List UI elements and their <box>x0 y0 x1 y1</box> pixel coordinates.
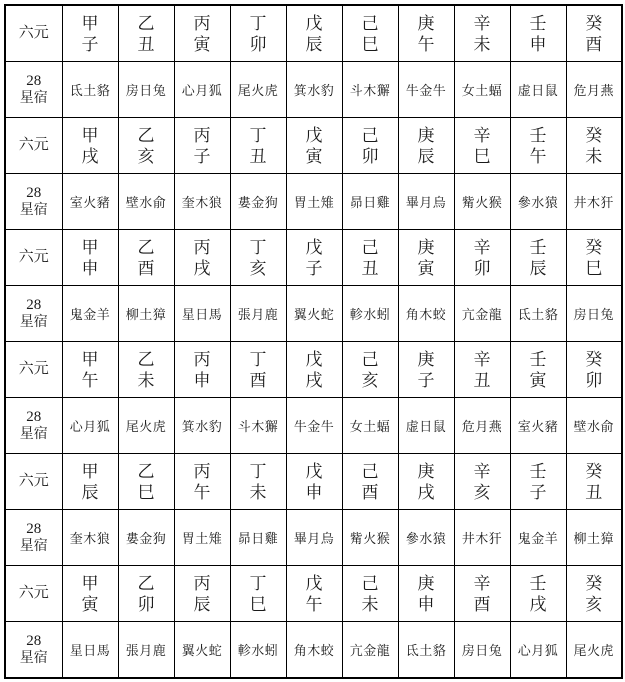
stem-char: 壬 <box>511 125 566 146</box>
xingxiu-cell: 危月燕 <box>454 398 510 454</box>
branch-char: 子 <box>399 370 454 391</box>
branch-char: 寅 <box>175 34 230 55</box>
xingxiu-cell: 星日馬 <box>174 286 230 342</box>
branch-char: 卯 <box>567 370 622 391</box>
branch-char: 子 <box>175 146 230 167</box>
ganzhi-cell: 戊寅 <box>286 118 342 174</box>
stem-char: 辛 <box>455 349 510 370</box>
ganzhi-cell: 辛亥 <box>454 454 510 510</box>
branch-char: 寅 <box>511 370 566 391</box>
ganzhi-cell: 庚子 <box>398 342 454 398</box>
xingxiu-cell: 角木蛟 <box>398 286 454 342</box>
stem-char: 甲 <box>63 237 118 258</box>
ganzhi-cell: 庚戌 <box>398 454 454 510</box>
stem-char: 己 <box>343 461 398 482</box>
xingxiu-cell: 女土蝠 <box>454 62 510 118</box>
branch-char: 戌 <box>175 258 230 279</box>
xingxiu-cell: 牛金牛 <box>286 398 342 454</box>
stem-char: 庚 <box>399 349 454 370</box>
branch-char: 丑 <box>119 34 174 55</box>
stem-char: 壬 <box>511 349 566 370</box>
branch-char: 巳 <box>343 34 398 55</box>
xingxiu-header-number: 28 <box>6 184 62 202</box>
branch-char: 申 <box>175 370 230 391</box>
branch-char: 申 <box>287 482 342 503</box>
stem-char: 庚 <box>399 461 454 482</box>
ganzhi-cell: 己丑 <box>342 230 398 286</box>
ganzhi-cell: 丙午 <box>174 454 230 510</box>
stem-char: 乙 <box>119 461 174 482</box>
xingxiu-row: 28星宿奎木狼婁金狗胃土雉昴日雞畢月烏觜火猴參水猿井木犴鬼金羊柳土獐 <box>5 510 622 566</box>
liuyuan-row-header: 六元 <box>5 454 62 510</box>
ganzhi-cell: 庚午 <box>398 5 454 62</box>
xingxiu-cell: 氐土貉 <box>510 286 566 342</box>
stem-char: 丙 <box>175 237 230 258</box>
stem-char: 戊 <box>287 349 342 370</box>
xingxiu-cell: 胃土雉 <box>174 510 230 566</box>
ganzhi-cell: 乙酉 <box>118 230 174 286</box>
xingxiu-cell: 尾火虎 <box>118 398 174 454</box>
xingxiu-cell: 星日馬 <box>62 622 118 679</box>
stem-char: 甲 <box>63 125 118 146</box>
xingxiu-cell: 室火豬 <box>62 174 118 230</box>
xingxiu-cell: 房日兔 <box>454 622 510 679</box>
ganzhi-cell: 庚辰 <box>398 118 454 174</box>
xingxiu-row: 28星宿室火豬壁水俞奎木狼婁金狗胃土雉昴日雞畢月烏觜火猴參水猿井木犴 <box>5 174 622 230</box>
ganzhi-cell: 癸亥 <box>566 566 622 622</box>
xingxiu-cell: 畢月烏 <box>398 174 454 230</box>
page: 六元甲子乙丑丙寅丁卯戊辰己巳庚午辛未壬申癸酉28星宿氐土貉房日兔心月狐尾火虎箕水… <box>0 0 625 679</box>
stem-char: 辛 <box>455 13 510 34</box>
branch-char: 未 <box>343 594 398 615</box>
branch-char: 辰 <box>511 258 566 279</box>
xingxiu-header-label: 星宿 <box>6 314 62 332</box>
xingxiu-header-number: 28 <box>6 296 62 314</box>
branch-char: 辰 <box>175 594 230 615</box>
branch-char: 亥 <box>567 594 622 615</box>
branch-char: 丑 <box>231 146 286 167</box>
branch-char: 酉 <box>343 482 398 503</box>
ganzhi-cell: 乙未 <box>118 342 174 398</box>
stem-char: 乙 <box>119 13 174 34</box>
branch-char: 未 <box>231 482 286 503</box>
xingxiu-cell: 壁水俞 <box>566 398 622 454</box>
stem-char: 丙 <box>175 461 230 482</box>
branch-char: 巳 <box>567 258 622 279</box>
xingxiu-cell: 室火豬 <box>510 398 566 454</box>
ganzhi-cell: 癸酉 <box>566 5 622 62</box>
stem-char: 丙 <box>175 125 230 146</box>
branch-char: 酉 <box>567 34 622 55</box>
branch-char: 巳 <box>455 146 510 167</box>
branch-char: 午 <box>63 370 118 391</box>
ganzhi-cell: 戊戌 <box>286 342 342 398</box>
xingxiu-cell: 危月燕 <box>566 62 622 118</box>
stem-char: 辛 <box>455 461 510 482</box>
branch-char: 酉 <box>119 258 174 279</box>
ganzhi-cell: 己巳 <box>342 5 398 62</box>
branch-char: 子 <box>511 482 566 503</box>
xingxiu-cell: 斗木獬 <box>230 398 286 454</box>
xingxiu-row: 28星宿星日馬張月鹿翼火蛇軫水蚓角木蛟亢金龍氐土貉房日兔心月狐尾火虎 <box>5 622 622 679</box>
ganzhi-cell: 丁巳 <box>230 566 286 622</box>
stem-char: 丙 <box>175 349 230 370</box>
ganzhi-cell: 甲午 <box>62 342 118 398</box>
xingxiu-cell: 奎木狼 <box>62 510 118 566</box>
xingxiu-cell: 鬼金羊 <box>510 510 566 566</box>
stem-char: 己 <box>343 349 398 370</box>
stem-char: 戊 <box>287 13 342 34</box>
xingxiu-cell: 奎木狼 <box>174 174 230 230</box>
xingxiu-cell: 心月狐 <box>174 62 230 118</box>
branch-char: 亥 <box>119 146 174 167</box>
ganzhi-cell: 辛酉 <box>454 566 510 622</box>
ganzhi-cell: 戊辰 <box>286 5 342 62</box>
liuyuan-row-header: 六元 <box>5 5 62 62</box>
branch-char: 戌 <box>399 482 454 503</box>
liuyuan-row-header: 六元 <box>5 566 62 622</box>
xingxiu-cell: 張月鹿 <box>118 622 174 679</box>
branch-char: 巳 <box>119 482 174 503</box>
branch-char: 寅 <box>287 146 342 167</box>
ganzhi-cell: 乙亥 <box>118 118 174 174</box>
branch-char: 午 <box>511 146 566 167</box>
xingxiu-cell: 參水猿 <box>510 174 566 230</box>
ganzhi-cell: 丁亥 <box>230 230 286 286</box>
xingxiu-header-label: 星宿 <box>6 90 62 108</box>
branch-char: 辰 <box>63 482 118 503</box>
branch-char: 申 <box>63 258 118 279</box>
xingxiu-header-number: 28 <box>6 408 62 426</box>
ganzhi-cell: 戊申 <box>286 454 342 510</box>
liuyuan-row-header: 六元 <box>5 342 62 398</box>
branch-char: 丑 <box>343 258 398 279</box>
ganzhi-cell: 丙子 <box>174 118 230 174</box>
ganzhi-cell: 甲戌 <box>62 118 118 174</box>
ganzhi-cell: 癸巳 <box>566 230 622 286</box>
stem-char: 庚 <box>399 125 454 146</box>
xingxiu-cell: 心月狐 <box>510 622 566 679</box>
xingxiu-row-header: 28星宿 <box>5 286 62 342</box>
xingxiu-cell: 柳土獐 <box>566 510 622 566</box>
ganzhi-cell: 丁未 <box>230 454 286 510</box>
branch-char: 午 <box>175 482 230 503</box>
stem-char: 壬 <box>511 237 566 258</box>
xingxiu-row: 28星宿心月狐尾火虎箕水豹斗木獬牛金牛女土蝠虚日鼠危月燕室火豬壁水俞 <box>5 398 622 454</box>
ganzhi-cell: 丙戌 <box>174 230 230 286</box>
ganzhi-cell: 乙卯 <box>118 566 174 622</box>
stem-char: 戊 <box>287 125 342 146</box>
ganzhi-cell: 壬辰 <box>510 230 566 286</box>
branch-char: 卯 <box>119 594 174 615</box>
xingxiu-header-label: 星宿 <box>6 538 62 556</box>
stem-char: 丙 <box>175 13 230 34</box>
xingxiu-cell: 胃土雉 <box>286 174 342 230</box>
xingxiu-cell: 觜火猴 <box>454 174 510 230</box>
liuyuan-row: 六元甲子乙丑丙寅丁卯戊辰己巳庚午辛未壬申癸酉 <box>5 5 622 62</box>
xingxiu-cell: 房日兔 <box>118 62 174 118</box>
stem-char: 癸 <box>567 349 622 370</box>
stem-char: 丙 <box>175 573 230 594</box>
ganzhi-cell: 癸未 <box>566 118 622 174</box>
branch-char: 申 <box>511 34 566 55</box>
xingxiu-header-label: 星宿 <box>6 202 62 220</box>
xingxiu-cell: 畢月烏 <box>286 510 342 566</box>
xingxiu-row-header: 28星宿 <box>5 398 62 454</box>
ganzhi-cell: 甲辰 <box>62 454 118 510</box>
branch-char: 子 <box>287 258 342 279</box>
xingxiu-cell: 角木蛟 <box>286 622 342 679</box>
ganzhi-cell: 壬子 <box>510 454 566 510</box>
branch-char: 戌 <box>287 370 342 391</box>
sexagenary-28-mansions-table: 六元甲子乙丑丙寅丁卯戊辰己巳庚午辛未壬申癸酉28星宿氐土貉房日兔心月狐尾火虎箕水… <box>4 4 623 679</box>
ganzhi-cell: 己亥 <box>342 342 398 398</box>
stem-char: 乙 <box>119 125 174 146</box>
xingxiu-cell: 心月狐 <box>62 398 118 454</box>
branch-char: 卯 <box>343 146 398 167</box>
xingxiu-row-header: 28星宿 <box>5 510 62 566</box>
stem-char: 壬 <box>511 573 566 594</box>
liuyuan-row-header: 六元 <box>5 230 62 286</box>
ganzhi-cell: 丙申 <box>174 342 230 398</box>
xingxiu-cell: 虚日鼠 <box>510 62 566 118</box>
branch-char: 寅 <box>399 258 454 279</box>
xingxiu-row-header: 28星宿 <box>5 174 62 230</box>
xingxiu-cell: 軫水蚓 <box>342 286 398 342</box>
ganzhi-cell: 庚寅 <box>398 230 454 286</box>
xingxiu-cell: 氐土貉 <box>62 62 118 118</box>
ganzhi-cell: 庚申 <box>398 566 454 622</box>
ganzhi-cell: 乙丑 <box>118 5 174 62</box>
branch-char: 酉 <box>455 594 510 615</box>
xingxiu-cell: 箕水豹 <box>286 62 342 118</box>
branch-char: 丑 <box>567 482 622 503</box>
stem-char: 己 <box>343 237 398 258</box>
xingxiu-cell: 軫水蚓 <box>230 622 286 679</box>
xingxiu-cell: 張月鹿 <box>230 286 286 342</box>
ganzhi-cell: 戊子 <box>286 230 342 286</box>
ganzhi-cell: 丁丑 <box>230 118 286 174</box>
branch-char: 午 <box>287 594 342 615</box>
branch-char: 亥 <box>455 482 510 503</box>
stem-char: 丁 <box>231 237 286 258</box>
xingxiu-cell: 參水猿 <box>398 510 454 566</box>
branch-char: 未 <box>119 370 174 391</box>
branch-char: 酉 <box>231 370 286 391</box>
stem-char: 癸 <box>567 125 622 146</box>
stem-char: 甲 <box>63 461 118 482</box>
xingxiu-cell: 觜火猴 <box>342 510 398 566</box>
branch-char: 巳 <box>231 594 286 615</box>
xingxiu-cell: 房日兔 <box>566 286 622 342</box>
ganzhi-cell: 辛未 <box>454 5 510 62</box>
stem-char: 壬 <box>511 461 566 482</box>
ganzhi-cell: 辛卯 <box>454 230 510 286</box>
stem-char: 庚 <box>399 237 454 258</box>
stem-char: 丁 <box>231 461 286 482</box>
stem-char: 癸 <box>567 13 622 34</box>
liuyuan-row: 六元甲午乙未丙申丁酉戊戌己亥庚子辛丑壬寅癸卯 <box>5 342 622 398</box>
branch-char: 卯 <box>231 34 286 55</box>
branch-char: 亥 <box>343 370 398 391</box>
stem-char: 丁 <box>231 573 286 594</box>
liuyuan-row-header: 六元 <box>5 118 62 174</box>
xingxiu-cell: 尾火虎 <box>566 622 622 679</box>
stem-char: 壬 <box>511 13 566 34</box>
xingxiu-row: 28星宿氐土貉房日兔心月狐尾火虎箕水豹斗木獬牛金牛女土蝠虚日鼠危月燕 <box>5 62 622 118</box>
xingxiu-cell: 牛金牛 <box>398 62 454 118</box>
ganzhi-cell: 壬寅 <box>510 342 566 398</box>
xingxiu-cell: 氐土貉 <box>398 622 454 679</box>
stem-char: 丁 <box>231 13 286 34</box>
xingxiu-header-label: 星宿 <box>6 426 62 444</box>
stem-char: 甲 <box>63 349 118 370</box>
ganzhi-cell: 甲申 <box>62 230 118 286</box>
stem-char: 己 <box>343 13 398 34</box>
stem-char: 庚 <box>399 573 454 594</box>
ganzhi-cell: 癸卯 <box>566 342 622 398</box>
stem-char: 辛 <box>455 125 510 146</box>
xingxiu-cell: 婁金狗 <box>230 174 286 230</box>
liuyuan-row: 六元甲戌乙亥丙子丁丑戊寅己卯庚辰辛巳壬午癸未 <box>5 118 622 174</box>
xingxiu-cell: 昴日雞 <box>342 174 398 230</box>
stem-char: 癸 <box>567 573 622 594</box>
ganzhi-cell: 甲子 <box>62 5 118 62</box>
xingxiu-cell: 翼火蛇 <box>174 622 230 679</box>
branch-char: 卯 <box>455 258 510 279</box>
ganzhi-cell: 壬申 <box>510 5 566 62</box>
branch-char: 丑 <box>455 370 510 391</box>
xingxiu-header-number: 28 <box>6 632 62 650</box>
liuyuan-row: 六元甲辰乙巳丙午丁未戊申己酉庚戌辛亥壬子癸丑 <box>5 454 622 510</box>
liuyuan-row: 六元甲申乙酉丙戌丁亥戊子己丑庚寅辛卯壬辰癸巳 <box>5 230 622 286</box>
branch-char: 子 <box>63 34 118 55</box>
liuyuan-row: 六元甲寅乙卯丙辰丁巳戊午己未庚申辛酉壬戌癸亥 <box>5 566 622 622</box>
stem-char: 己 <box>343 573 398 594</box>
ganzhi-cell: 壬午 <box>510 118 566 174</box>
xingxiu-cell: 亢金龍 <box>454 286 510 342</box>
stem-char: 乙 <box>119 349 174 370</box>
ganzhi-cell: 壬戌 <box>510 566 566 622</box>
stem-char: 辛 <box>455 237 510 258</box>
stem-char: 丁 <box>231 349 286 370</box>
xingxiu-row: 28星宿鬼金羊柳土獐星日馬張月鹿翼火蛇軫水蚓角木蛟亢金龍氐土貉房日兔 <box>5 286 622 342</box>
ganzhi-cell: 己卯 <box>342 118 398 174</box>
ganzhi-cell: 丁卯 <box>230 5 286 62</box>
xingxiu-cell: 井木犴 <box>566 174 622 230</box>
xingxiu-cell: 亢金龍 <box>342 622 398 679</box>
branch-char: 未 <box>455 34 510 55</box>
stem-char: 戊 <box>287 573 342 594</box>
stem-char: 癸 <box>567 237 622 258</box>
branch-char: 申 <box>399 594 454 615</box>
xingxiu-cell: 箕水豹 <box>174 398 230 454</box>
stem-char: 辛 <box>455 573 510 594</box>
branch-char: 戌 <box>63 146 118 167</box>
ganzhi-cell: 甲寅 <box>62 566 118 622</box>
stem-char: 庚 <box>399 13 454 34</box>
stem-char: 甲 <box>63 573 118 594</box>
ganzhi-cell: 癸丑 <box>566 454 622 510</box>
xingxiu-cell: 婁金狗 <box>118 510 174 566</box>
xingxiu-cell: 壁水俞 <box>118 174 174 230</box>
xingxiu-cell: 昴日雞 <box>230 510 286 566</box>
ganzhi-cell: 己酉 <box>342 454 398 510</box>
xingxiu-cell: 尾火虎 <box>230 62 286 118</box>
branch-char: 未 <box>567 146 622 167</box>
ganzhi-cell: 辛巳 <box>454 118 510 174</box>
ganzhi-cell: 丁酉 <box>230 342 286 398</box>
xingxiu-header-number: 28 <box>6 72 62 90</box>
ganzhi-cell: 戊午 <box>286 566 342 622</box>
ganzhi-cell: 丙寅 <box>174 5 230 62</box>
branch-char: 辰 <box>399 146 454 167</box>
ganzhi-cell: 乙巳 <box>118 454 174 510</box>
xingxiu-cell: 虚日鼠 <box>398 398 454 454</box>
xingxiu-cell: 柳土獐 <box>118 286 174 342</box>
stem-char: 己 <box>343 125 398 146</box>
branch-char: 辰 <box>287 34 342 55</box>
branch-char: 午 <box>399 34 454 55</box>
stem-char: 戊 <box>287 461 342 482</box>
stem-char: 丁 <box>231 125 286 146</box>
branch-char: 寅 <box>63 594 118 615</box>
stem-char: 戊 <box>287 237 342 258</box>
stem-char: 乙 <box>119 573 174 594</box>
xingxiu-cell: 鬼金羊 <box>62 286 118 342</box>
ganzhi-cell: 辛丑 <box>454 342 510 398</box>
branch-char: 戌 <box>511 594 566 615</box>
xingxiu-cell: 女土蝠 <box>342 398 398 454</box>
xingxiu-cell: 翼火蛇 <box>286 286 342 342</box>
stem-char: 甲 <box>63 13 118 34</box>
xingxiu-row-header: 28星宿 <box>5 62 62 118</box>
xingxiu-header-number: 28 <box>6 520 62 538</box>
xingxiu-row-header: 28星宿 <box>5 622 62 679</box>
branch-char: 亥 <box>231 258 286 279</box>
ganzhi-cell: 丙辰 <box>174 566 230 622</box>
stem-char: 癸 <box>567 461 622 482</box>
ganzhi-cell: 己未 <box>342 566 398 622</box>
xingxiu-header-label: 星宿 <box>6 650 62 668</box>
stem-char: 乙 <box>119 237 174 258</box>
xingxiu-cell: 井木犴 <box>454 510 510 566</box>
xingxiu-cell: 斗木獬 <box>342 62 398 118</box>
